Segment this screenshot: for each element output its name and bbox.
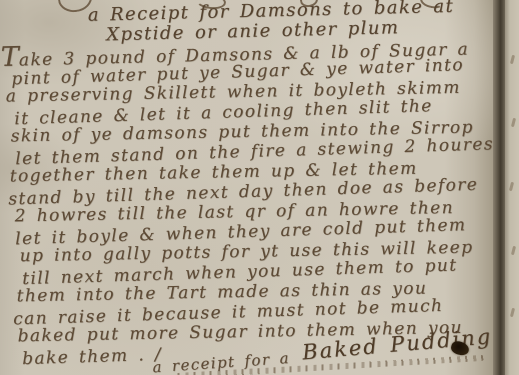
adjacent-page-edge bbox=[505, 0, 519, 375]
manuscript-photo: a Receipt for Damsons to bake at Xpstide… bbox=[0, 0, 519, 375]
adjacent-page-writing-fragment bbox=[511, 246, 516, 255]
recipe-text: a Receipt for Damsons to bake at Xpstide… bbox=[0, 0, 498, 375]
adjacent-page-writing-fragment bbox=[510, 308, 515, 317]
page-gutter bbox=[493, 0, 505, 375]
manuscript-page: a Receipt for Damsons to bake at Xpstide… bbox=[0, 0, 494, 375]
adjacent-page-writing-fragment bbox=[509, 182, 514, 191]
adjacent-page-writing-fragment bbox=[511, 118, 516, 127]
adjacent-page-writing-fragment bbox=[510, 55, 515, 64]
